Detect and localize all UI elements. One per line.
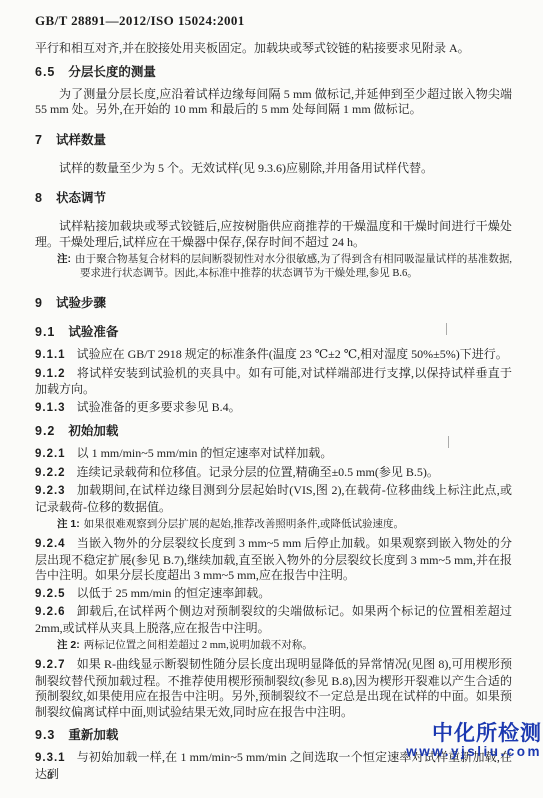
section-number: 8 [35, 191, 43, 205]
paragraph: 为了测量分层长度,应沿着试样边缘每间隔 5 mm 做标记,并延伸到至少超过嵌入物… [35, 87, 512, 118]
watermark-title: 中化所检测 [406, 723, 542, 744]
section-number: 9 [35, 296, 43, 310]
clause-9-2-6: 9.2.6卸载后,在试样两个侧边对预制裂纹的尖端做标记。如果两个标记的位置相差超… [35, 604, 512, 636]
clause-number: 9.2.6 [35, 606, 66, 618]
section-heading-9: 9试验步骤 [35, 295, 512, 312]
page-number: 8 [47, 768, 53, 783]
clause-text: 如果 R-曲线显示断裂韧性随分层长度出现明显降低的异常情况(见图 8),可用楔形… [35, 657, 512, 719]
clause-9-2-1: 9.2.1以 1 mm/min~5 mm/min 的恒定速率对试样加载。 [35, 446, 512, 463]
scan-artifact [448, 436, 449, 448]
clause-number: 9.2.1 [35, 448, 66, 460]
scan-artifact [446, 323, 447, 335]
section-heading-8: 8状态调节 [35, 190, 512, 207]
paragraph: 试样的数量至少为 5 个。无效试样(见 9.3.6)应剔除,并用备用试样代替。 [35, 161, 512, 177]
section-title: 试样数量 [56, 133, 106, 147]
clause-text: 将试样安装到试验机的夹具中。如有可能,对试样端部进行支撑,以保持试样垂直于加载方… [35, 366, 512, 397]
clause-number: 9.1.3 [35, 402, 66, 414]
clause-number: 9.1.1 [35, 349, 66, 361]
doc-number-header: GB/T 28891—2012/ISO 15024:2001 [35, 13, 512, 29]
note-text: 两标记位置之间相差超过 2 mm,说明加载不对称。 [84, 640, 313, 651]
clause-9-2-5: 9.2.5以低于 25 mm/min 的恒定速率卸载。 [35, 586, 512, 603]
section-number: 6.5 [35, 65, 55, 79]
section-heading-7: 7试样数量 [35, 132, 512, 149]
note-label: 注 2: [57, 639, 80, 651]
clause-9-1-3: 9.1.3试验准备的更多要求参见 B.4。 [35, 400, 512, 417]
section-title: 试验准备 [68, 325, 118, 339]
clause-number: 9.3.1 [35, 752, 66, 764]
paragraph: 试样粘接加载块或琴式铰链后,应按树脂供应商推荐的干燥温度和干燥时间进行干燥处理。… [35, 219, 512, 250]
section-number: 9.1 [35, 325, 55, 339]
note-text: 如果很难观察到分层扩展的起始,推荐改善照明条件,或降低试验速度。 [84, 519, 404, 530]
clause-9-2-3: 9.2.3加载期间,在试样边缘目测到分层起始时(VIS,图 2),在载荷-位移曲… [35, 483, 512, 515]
paragraph-continuation: 平行和相互对齐,并在胶接处用夹板固定。加载块或琴式铰链的粘接要求见附录 A。 [35, 41, 512, 57]
clause-9-1-2: 9.1.2将试样安装到试验机的夹具中。如有可能,对试样端部进行支撑,以保持试样垂… [35, 366, 512, 398]
note-label: 注 1: [57, 518, 80, 530]
clause-text: 以低于 25 mm/min 的恒定速率卸载。 [77, 586, 271, 600]
note-1: 注 1:如果很难观察到分层扩展的起始,推荐改善照明条件,或降低试验速度。 [35, 517, 512, 532]
section-title: 状态调节 [56, 191, 106, 205]
section-title: 试验步骤 [56, 296, 106, 310]
section-number: 9.3 [35, 728, 55, 742]
clause-number: 9.2.7 [35, 659, 66, 671]
section-title: 重新加载 [68, 728, 118, 742]
clause-text: 试验应在 GB/T 2918 规定的标准条件(温度 23 ℃±2 ℃,相对湿度 … [77, 347, 508, 361]
clause-number: 9.2.5 [35, 588, 66, 600]
watermark-url: www.yjsliu.com [406, 745, 542, 759]
note-text: 由于聚合物基复合材料的层间断裂韧性对水分很敏感,为了得到含有相同吸湿量试样的基准… [75, 254, 512, 279]
note-label: 注: [57, 253, 71, 265]
section-title: 初始加载 [68, 424, 118, 438]
clause-number: 9.2.2 [35, 467, 66, 479]
note-2: 注 2:两标记位置之间相差超过 2 mm,说明加载不对称。 [35, 638, 512, 653]
clause-9-2-2: 9.2.2连续记录载荷和位移值。记录分层的位置,精确至±0.5 mm(参见 B.… [35, 465, 512, 482]
clause-9-2-7: 9.2.7如果 R-曲线显示断裂韧性随分层长度出现明显降低的异常情况(见图 8)… [35, 657, 512, 720]
section-heading-9-1: 9.1试验准备 [35, 324, 512, 341]
watermark: 中化所检测 www.yjsliu.com [406, 723, 542, 759]
clause-number: 9.1.2 [35, 368, 66, 380]
clause-text: 以 1 mm/min~5 mm/min 的恒定速率对试样加载。 [77, 446, 333, 460]
clause-number: 9.2.4 [35, 538, 66, 550]
document-page: GB/T 28891—2012/ISO 15024:2001 平行和相互对齐,并… [0, 0, 543, 798]
clause-number: 9.2.3 [35, 485, 66, 497]
clause-9-1-1: 9.1.1试验应在 GB/T 2918 规定的标准条件(温度 23 ℃±2 ℃,… [35, 347, 512, 364]
clause-text: 连续记录载荷和位移值。记录分层的位置,精确至±0.5 mm(参见 B.5)。 [77, 465, 439, 479]
section-number: 9.2 [35, 424, 55, 438]
note: 注:由于聚合物基复合材料的层间断裂韧性对水分很敏感,为了得到含有相同吸湿量试样的… [35, 252, 512, 281]
section-heading-6-5: 6.5分层长度的测量 [35, 64, 512, 81]
section-heading-9-2: 9.2初始加载 [35, 423, 512, 440]
clause-text: 当嵌入物外的分层裂纹长度到 3 mm~5 mm 后停止加载。如果观察到嵌入物处的… [35, 536, 512, 582]
clause-text: 加载期间,在试样边缘目测到分层起始时(VIS,图 2),在载荷-位移曲线上标注此… [35, 483, 512, 514]
clause-text: 试验准备的更多要求参见 B.4。 [77, 400, 241, 414]
page-content: GB/T 28891—2012/ISO 15024:2001 平行和相互对齐,并… [35, 13, 512, 784]
clause-9-2-4: 9.2.4当嵌入物外的分层裂纹长度到 3 mm~5 mm 后停止加载。如果观察到… [35, 536, 512, 584]
section-title: 分层长度的测量 [68, 65, 156, 79]
section-number: 7 [35, 133, 43, 147]
clause-text: 卸载后,在试样两个侧边对预制裂纹的尖端做标记。如果两个标记的位置相差超过 2mm… [35, 604, 512, 635]
